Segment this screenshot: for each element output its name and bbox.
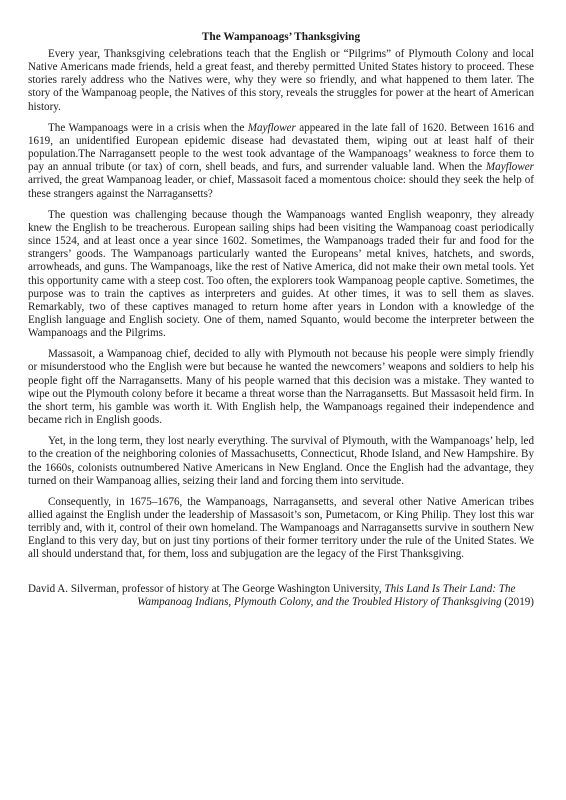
text-run: Every year, Thanksgiving celebrations te…	[28, 48, 534, 113]
document-page: The Wampanoags’ Thanksgiving Every year,…	[28, 30, 534, 609]
text-run: Massasoit, a Wampanoag chief, decided to…	[28, 348, 534, 426]
citation-author: David A. Silverman,	[28, 583, 119, 595]
document-title: The Wampanoags’ Thanksgiving	[28, 30, 534, 44]
paragraph-5: Yet, in the long term, they lost nearly …	[28, 435, 534, 488]
text-run: The Wampanoags were in a crisis when the	[48, 122, 248, 134]
text-run: Consequently, in 1675–1676, the Wampanoa…	[28, 496, 534, 561]
citation-book-title-part2: Wampanoag Indians, Plymouth Colony, and …	[137, 596, 501, 608]
text-run: The question was challenging because tho…	[28, 209, 534, 339]
citation-line-2: Wampanoag Indians, Plymouth Colony, and …	[28, 596, 534, 609]
paragraph-1: Every year, Thanksgiving celebrations te…	[28, 48, 534, 114]
paragraph-2: The Wampanoags were in a crisis when the…	[28, 122, 534, 201]
paragraph-3: The question was challenging because tho…	[28, 209, 534, 341]
italic-text: Mayflower	[248, 122, 296, 134]
citation-affiliation: professor of history at The George Washi…	[119, 583, 384, 595]
paragraph-6: Consequently, in 1675–1676, the Wampanoa…	[28, 496, 534, 562]
italic-text: Mayflower	[486, 161, 534, 173]
text-run: arrived, the great Wampanoag leader, or …	[28, 174, 534, 199]
citation-book-title-part1: This Land Is Their Land: The	[384, 583, 515, 595]
paragraph-4: Massasoit, a Wampanoag chief, decided to…	[28, 348, 534, 427]
citation-year: (2019)	[502, 596, 534, 608]
text-run: Yet, in the long term, they lost nearly …	[28, 435, 534, 486]
source-citation: David A. Silverman, professor of history…	[28, 583, 534, 610]
body-text: Every year, Thanksgiving celebrations te…	[28, 48, 534, 562]
citation-line-1: David A. Silverman, professor of history…	[28, 583, 534, 596]
